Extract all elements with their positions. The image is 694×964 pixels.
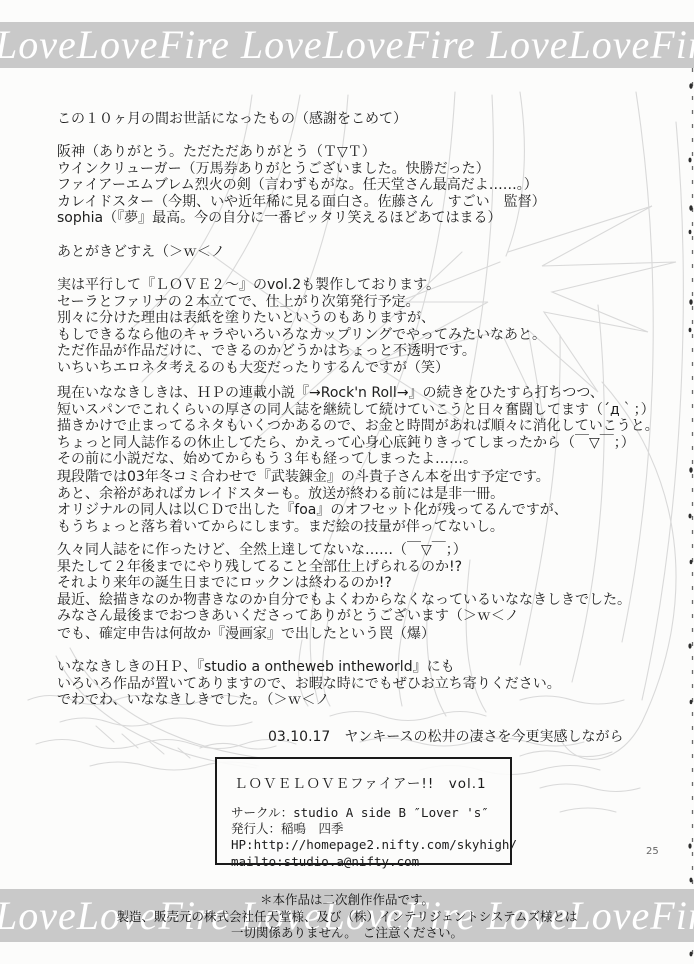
scanned-doujinshi-afterword-page: LoveLoveFire LoveLoveFire LoveLoveFire こ… (0, 0, 694, 964)
text-line: でわでわ、いななきしきでした。（＞ｗ＜ノ (57, 692, 561, 709)
text-line: みなさん最後までおつきあいくださってありがとうございます（＞ｗ＜ノ (57, 608, 631, 625)
paragraph-love2: 実は平行して『ＬＯＶＥ２～』のvol.2も製作しております。セーラとファリナの２… (57, 277, 546, 377)
text-line: 最近、絵描きなのか物書きなのか自分でもよくわからなくなっているいななきしきでした… (57, 592, 631, 609)
text-line: 現段階では03年冬コミ合わせで『武装錬金』の斗貴子さん本を出す予定です。 (57, 469, 568, 486)
text-line: 描きかけで止まってるネタもいくつかあるので、お金と時間があれば順々に消化していこ… (57, 418, 659, 435)
text-line: その前に小説だな、始めてからもう３年も経ってしまったよ……。 (57, 451, 659, 468)
text-line: HP:http://homepage2.nifty.com/skyhigh/ (231, 837, 510, 853)
text-line: 阪神（ありがとう。ただただありがとう（Ｔ▽Ｔ） (57, 144, 546, 161)
text-line: でも、確定申告は何故か『漫画家』で出したという罠（爆） (57, 626, 435, 643)
top-banner: LoveLoveFire LoveLoveFire LoveLoveFire (0, 22, 694, 68)
text-line: ファイアーエムブレム烈火の剣（言わずもがな。任天堂さん最高だよ……。） (57, 177, 546, 194)
thanks-header: この１０ヶ月の間お世話になったもの（感謝をこめて） (57, 111, 407, 128)
text-line: 発行人：稲鳴 四季 (231, 821, 510, 837)
colophon-info: サークル：studio A side B ″Lover 's″発行人：稲鳴 四季… (231, 805, 510, 870)
text-line: カレイドスター（今期、いや近年稀に見る面白さ。佐藤さん すごい 監督） (57, 194, 546, 211)
text-line: 一切関係ありません。 ご注意ください。 (0, 925, 694, 942)
text-line: 現在いななきしきは、ＨＰの連載小説『→Rock'n Roll→』の続きをひたすら… (57, 385, 659, 402)
colophon-title: ＬＯＶＥＬＯＶＥファイアー!! vol.1 (234, 772, 510, 792)
text-line: 製造、販売元の株式会社任天堂様、及び（株）インテリジェントシステムズ様とは (0, 909, 694, 926)
top-banner-text: LoveLoveFire LoveLoveFire LoveLoveFire (0, 22, 694, 68)
paragraph-reflection: 久々同人誌をに作ったけど、全然上達してないな……（￣▽￣；）果たして２年後までに… (57, 542, 631, 625)
text-line: それより来年の誕生日までにロックンは終わるのか!? (57, 575, 631, 592)
paragraph-plans: 現段階では03年冬コミ合わせで『武装錬金』の斗貴子さん本を出す予定です。あと、余… (57, 469, 568, 535)
text-line: いちいちエロネタ考えるのも大変だったりするんですが（笑） (57, 360, 546, 377)
text-line: 果たして２年後までにやり残してること全部仕上げられるのか!? (57, 559, 631, 576)
text-line: いろいろ作品が置いてありますので、お暇な時にでもぜひお立ち寄りください。 (57, 676, 561, 693)
text-line: 別々に分けた理由は表紙を塗りたいというのもありますが、 (57, 310, 546, 327)
text-line: ただ作品が作品だけに、できるのかどうかはちょっと不透明です。 (57, 343, 546, 360)
paragraph-website: いななきしきのＨＰ、『studio a ontheweb intheworld』… (57, 659, 561, 709)
thanks-list: 阪神（ありがとう。ただただありがとう（Ｔ▽Ｔ）ウインクリューガー（万馬券ありがと… (57, 144, 546, 227)
text-line: sophia（『夢』最高。今の自分に一番ピッタリ笑えるほどあてはまる） (57, 210, 546, 227)
text-line: いななきしきのＨＰ、『studio a ontheweb intheworld』… (57, 659, 561, 676)
text-line: あと、余裕があればカレイドスターも。放送が終わる前には是非一冊。 (57, 486, 568, 503)
paragraph-current: 現在いななきしきは、ＨＰの連載小説『→Rock'n Roll→』の続きをひたすら… (57, 385, 659, 468)
colophon-box: ＬＯＶＥＬＯＶＥファイアー!! vol.1 サークル：studio A side… (215, 757, 512, 865)
text-line: オリジナルの同人は以ＣＤで出した『foa』のオフセット化が残ってるんですが、 (57, 502, 568, 519)
paragraph-tax: でも、確定申告は何故か『漫画家』で出したという罠（爆） (57, 626, 435, 643)
page-number: 25 (646, 846, 659, 857)
text-line: サークル：studio A side B ″Lover 's″ (231, 805, 510, 821)
text-line: もうちょっと落ち着いてからにします。まだ絵の技量が伴ってないし。 (57, 519, 568, 536)
text-line: ちょっと同人誌作るの休止してたら、かえって心身心底鈍りきってしまったから（￣▽￣… (57, 435, 659, 452)
afterword-greeting: あとがきどすえ（＞ｗ＜ノ (57, 244, 225, 261)
text-line: 久々同人誌をに作ったけど、全然上達してないな……（￣▽￣；） (57, 542, 631, 559)
text-line: 短いスパンでこれくらいの厚さの同人誌を継続して続けていこうと日々奮闘してます（´… (57, 402, 659, 419)
disclaimer: ＊本作品は二次創作作品です。製造、販売元の株式会社任天堂様、及び（株）インテリジ… (0, 892, 694, 942)
text-line: ＊本作品は二次創作作品です。 (0, 892, 694, 909)
text-line: ウインクリューガー（万馬券ありがとうございました。快勝だった） (57, 161, 546, 178)
text-line: もしできるなら他のキャラやいろいろなカップリングでやってみたいなあと。 (57, 327, 546, 344)
text-line: 実は平行して『ＬＯＶＥ２～』のvol.2も製作しております。 (57, 277, 546, 294)
text-line: mailto:studio.a@nifty.com (231, 854, 510, 870)
date-line: 03.10.17 ヤンキースの松井の凄さを今更実感しながら (268, 729, 624, 746)
text-line: セーラとファリナの２本立てで、仕上がり次第発行予定。 (57, 294, 546, 311)
